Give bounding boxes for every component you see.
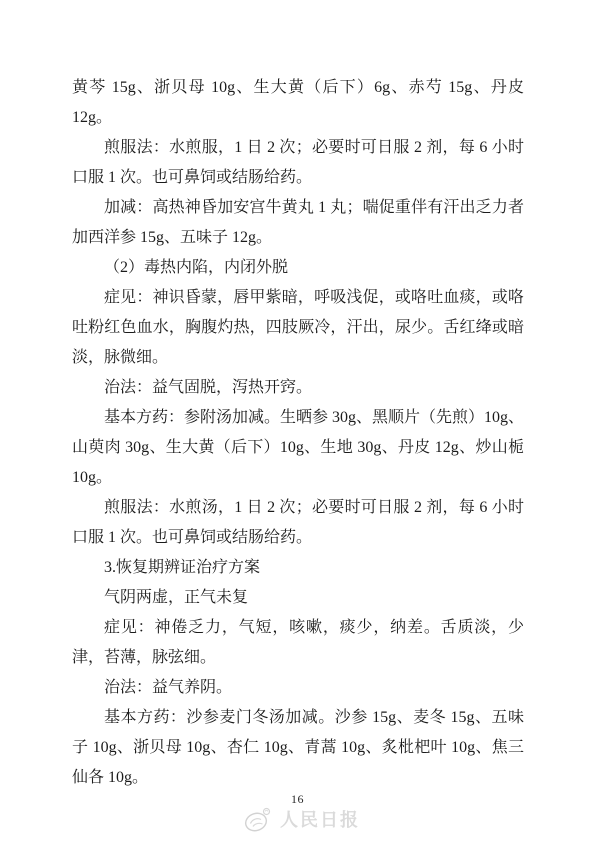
document-page: 黄芩 15g、浙贝母 10g、生大黄（后下）6g、赤芍 15g、丹皮 12g。煎… bbox=[0, 0, 595, 841]
paragraph: 治法：益气养阴。 bbox=[72, 673, 524, 703]
watermark-text: 人民日报 bbox=[280, 811, 360, 829]
paragraph: 治法：益气固脱，泻热开窍。 bbox=[72, 373, 524, 403]
paragraph: 煎服法：水煎服，1 日 2 次；必要时可日服 2 剂，每 6 小时口服 1 次。… bbox=[72, 133, 524, 193]
paragraph: 3.恢复期辨证治疗方案 bbox=[72, 553, 524, 583]
paragraph: 症见：神倦乏力，气短，咳嗽，痰少，纳差。舌质淡，少津，苔薄，脉弦细。 bbox=[72, 613, 524, 673]
paragraph: 加减：高热神昏加安宫牛黄丸 1 丸；喘促重伴有汗出乏力者加西洋参 15g、五味子… bbox=[72, 193, 524, 253]
paragraph: 气阴两虚，正气未复 bbox=[72, 583, 524, 613]
paragraph: 黄芩 15g、浙贝母 10g、生大黄（后下）6g、赤芍 15g、丹皮 12g。 bbox=[72, 73, 524, 133]
paragraph: 基本方药：参附汤加减。生晒参 30g、黑顺片（先煎）10g、山萸肉 30g、生大… bbox=[72, 403, 524, 493]
paragraph: 煎服法：水煎汤，1 日 2 次；必要时可日服 2 剂，每 6 小时口服 1 次。… bbox=[72, 493, 524, 553]
paragraph: 基本方药：沙参麦门冬汤加减。沙参 15g、麦冬 15g、五味子 10g、浙贝母 … bbox=[72, 703, 524, 793]
paragraph: 症见：神识昏蒙，唇甲紫暗，呼吸浅促，或咯吐血痰，或咯吐粉红色血水，胸腹灼热，四肢… bbox=[72, 283, 524, 373]
document-body: 黄芩 15g、浙贝母 10g、生大黄（后下）6g、赤芍 15g、丹皮 12g。煎… bbox=[72, 73, 524, 793]
people-daily-logo-icon bbox=[243, 805, 273, 835]
paragraph: （2）毒热内陷，内闭外脱 bbox=[72, 253, 524, 283]
watermark: 人民日报 bbox=[243, 805, 360, 835]
